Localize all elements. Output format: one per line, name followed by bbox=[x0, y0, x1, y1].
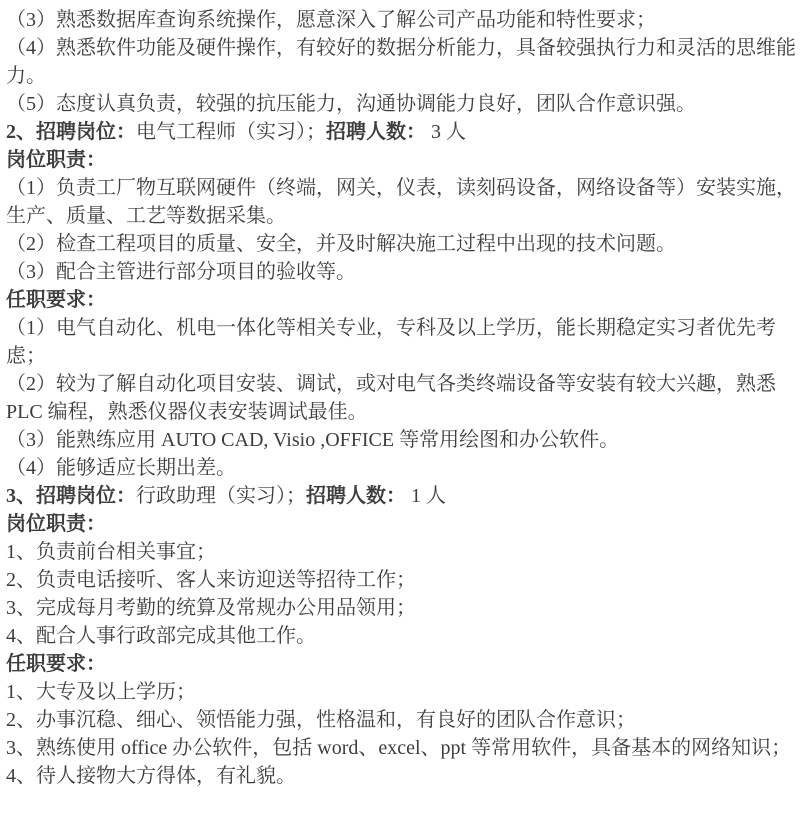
position-3-requirement-item: 2、办事沉稳、细心、领悟能力强，性格温和，有良好的团队合作意识； bbox=[6, 706, 796, 734]
position-3-headcount-value: 1 人 bbox=[406, 485, 446, 507]
position-2-headcount-value: 3 人 bbox=[426, 121, 466, 143]
position-2-requirements-heading: 任职要求： bbox=[6, 286, 796, 314]
position-2-requirement-item: （3）能熟练应用 AUTO CAD, Visio ,OFFICE 等常用绘图和办… bbox=[6, 426, 796, 454]
intro-requirement-item: （4）熟悉软件功能及硬件操作，有较好的数据分析能力，具备较强执行力和灵活的思维能… bbox=[6, 34, 796, 90]
position-3-duties-heading: 岗位职责： bbox=[6, 510, 796, 538]
position-3-headcount-label: 招聘人数： bbox=[306, 485, 406, 507]
position-2-requirement-item: （1）电气自动化、机电一体化等相关专业，专科及以上学历，能长期稳定实习者优先考虑… bbox=[6, 314, 796, 370]
position-3-duty-item: 4、配合人事行政部完成其他工作。 bbox=[6, 622, 796, 650]
position-3-title-label: 3、招聘岗位： bbox=[6, 485, 136, 507]
document-body: （3）熟悉数据库查询系统操作，愿意深入了解公司产品功能和特性要求； （4）熟悉软… bbox=[0, 0, 806, 840]
position-2-duty-item: （1）负责工厂物互联网硬件（终端，网关，仪表，读刻码设备，网络设备等）安装实施，… bbox=[6, 174, 796, 230]
position-2-requirement-item: （2）较为了解自动化项目安装、调试，或对电气各类终端设备等安装有较大兴趣，熟悉 … bbox=[6, 370, 796, 426]
position-3-duty-item: 3、完成每月考勤的统算及常规办公用品领用； bbox=[6, 594, 796, 622]
position-2-requirement-item: （4）能够适应长期出差。 bbox=[6, 454, 796, 482]
position-2-title-line: 2、招聘岗位：电气工程师（实习）；招聘人数： 3 人 bbox=[6, 118, 796, 146]
position-2-title-label: 2、招聘岗位： bbox=[6, 121, 136, 143]
position-2-title-value: 电气工程师（实习） bbox=[136, 121, 306, 143]
position-2-separator: ； bbox=[306, 121, 326, 143]
position-2-duty-item: （2）检查工程项目的质量、安全，并及时解决施工过程中出现的技术问题。 bbox=[6, 230, 796, 258]
position-3-requirement-item: 4、待人接物大方得体，有礼貌。 bbox=[6, 762, 796, 790]
position-2-headcount-label: 招聘人数： bbox=[326, 121, 426, 143]
position-3-requirements-heading: 任职要求： bbox=[6, 650, 796, 678]
intro-requirement-item: （3）熟悉数据库查询系统操作，愿意深入了解公司产品功能和特性要求； bbox=[6, 6, 796, 34]
position-2-duty-item: （3）配合主管进行部分项目的验收等。 bbox=[6, 258, 796, 286]
position-3-separator: ； bbox=[286, 485, 306, 507]
intro-requirement-item: （5）态度认真负责，较强的抗压能力，沟通协调能力良好，团队合作意识强。 bbox=[6, 90, 796, 118]
position-3-title-value: 行政助理（实习） bbox=[136, 485, 286, 507]
position-3-requirement-item: 3、熟练使用 office 办公软件，包括 word、excel、ppt 等常用… bbox=[6, 734, 796, 762]
position-3-requirement-item: 1、大专及以上学历； bbox=[6, 678, 796, 706]
position-3-title-line: 3、招聘岗位：行政助理（实习）；招聘人数： 1 人 bbox=[6, 482, 796, 510]
position-3-duty-item: 2、负责电话接听、客人来访迎送等招待工作； bbox=[6, 566, 796, 594]
position-3-duty-item: 1、负责前台相关事宜； bbox=[6, 538, 796, 566]
position-2-duties-heading: 岗位职责： bbox=[6, 146, 796, 174]
